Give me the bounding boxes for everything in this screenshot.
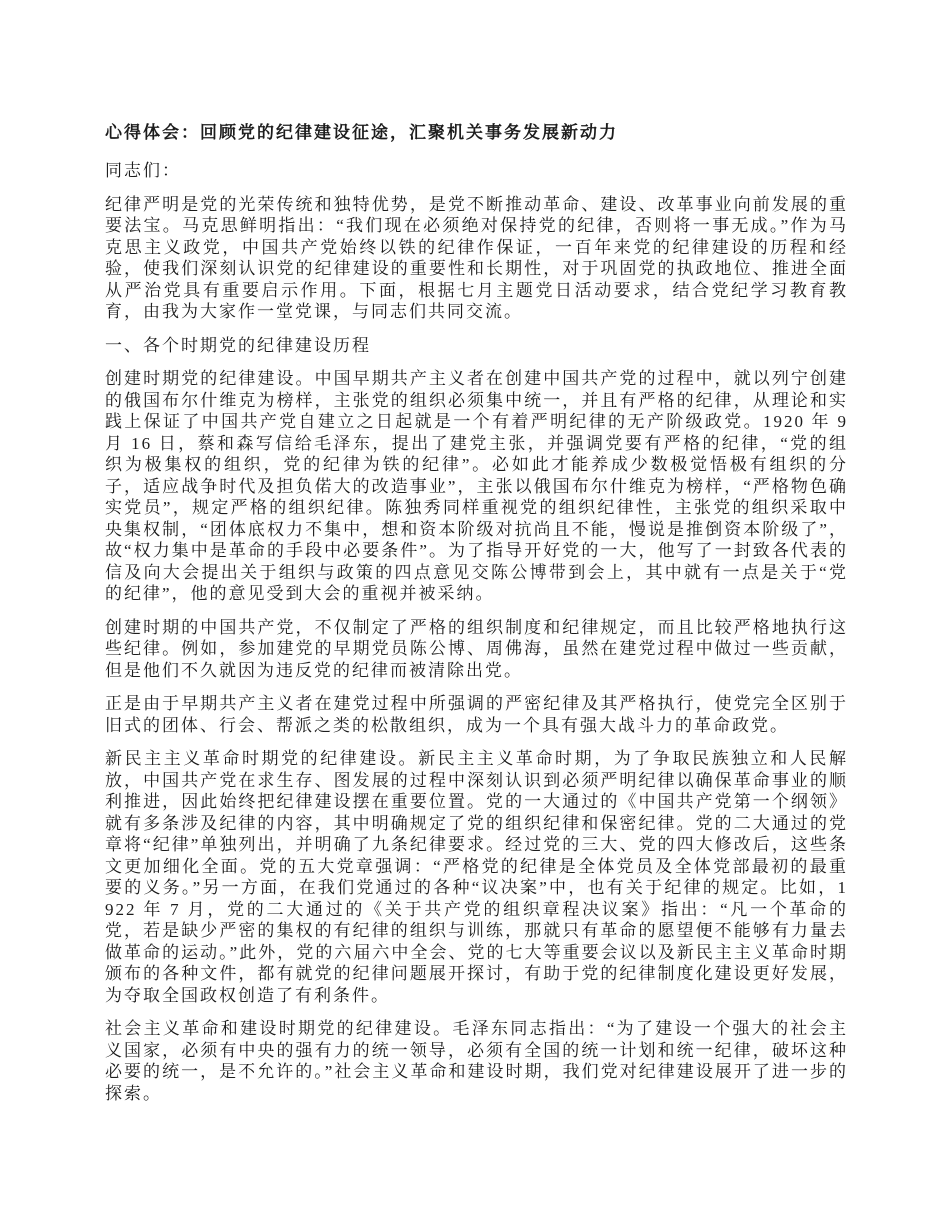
body-paragraph-1: 纪律严明是党的光荣传统和独特优势，是党不断推动革命、建设、改革事业向前发展的重要… [105,194,848,323]
section-heading-1: 一、各个时期党的纪律建设历程 [105,335,848,357]
document-title: 心得体会：回顾党的纪律建设征途，汇聚机关事务发展新动力 [105,122,848,144]
body-paragraph-5: 新民主主义革命时期党的纪律建设。新民主主义革命时期，为了争取民族独立和人民解放，… [105,748,848,1006]
body-paragraph-2: 创建时期党的纪律建设。中国早期共产主义者在创建中国共产党的过程中，就以列宁创建的… [105,368,848,605]
body-paragraph-3: 创建时期的中国共产党，不仅制定了严格的组织制度和纪律规定，而且比较严格地执行这些… [105,617,848,682]
body-paragraph-4: 正是由于早期共产主义者在建党过程中所强调的严密纪律及其严格执行，使党完全区别于旧… [105,693,848,736]
body-paragraph-6: 社会主义革命和建设时期党的纪律建设。毛泽东同志指出：“为了建设一个强大的社会主义… [105,1018,848,1104]
document-page: 心得体会：回顾党的纪律建设征途，汇聚机关事务发展新动力 同志们： 纪律严明是党的… [0,0,950,1230]
salutation: 同志们： [105,160,848,182]
